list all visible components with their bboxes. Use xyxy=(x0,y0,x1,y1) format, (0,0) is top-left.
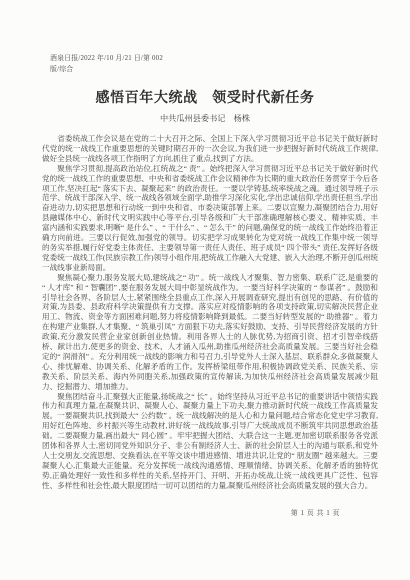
article-title: 感悟百年大统战 领受时代新任务 xyxy=(0,87,410,107)
document-page: 酒泉日报/2022 年/10 月/21 日/第 002 版/综合 感悟百年大统战… xyxy=(0,0,410,580)
masthead-section-line: 版/综合 xyxy=(50,64,163,75)
page-number: 第 1 页 共 1 页 xyxy=(291,508,340,518)
masthead-source-line: 酒泉日报/2022 年/10 月/21 日/第 002 xyxy=(50,53,163,64)
masthead: 酒泉日报/2022 年/10 月/21 日/第 002 版/综合 xyxy=(50,53,163,75)
article-byline: 中共瓜州县委书记 杨株 xyxy=(0,113,410,124)
paragraph-intro: 省委统战工作会议是在党的二十大召开之际、全国上下深入学习贯彻习近平总书记关于做好… xyxy=(42,134,378,164)
paragraph-development: 聚焦凝心聚力,服务发展大局,建统战之“ 功” 。统一战线人才聚集、智力密集、联系… xyxy=(42,273,378,392)
article-body: 省委统战工作会议是在党的二十大召开之际、全国上下深入学习贯彻习近平总书记关于做好… xyxy=(42,134,378,491)
paragraph-study: 聚焦学习贯彻,提高政治站位,扛统战之“ 责” 。始终把深入学习贯彻习近平总书记关… xyxy=(42,164,378,273)
paragraph-unity: 聚焦团结奋斗,汇聚强大正能量,扬统战之“ 长” 。始终坚持从习近平总书记的重要讲… xyxy=(42,392,378,491)
